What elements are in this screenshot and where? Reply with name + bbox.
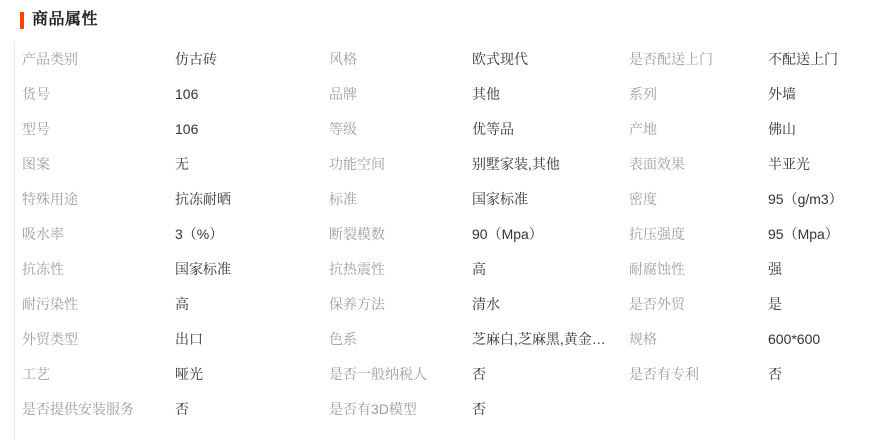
attribute-value: 高 [175, 294, 322, 314]
attribute-value: 清水 [472, 294, 622, 314]
attribute-label: 规格 [622, 329, 768, 349]
attribute-value: 芝麻白,芝麻黑,黄金麻... [472, 329, 622, 349]
attribute-value: 国家标准 [175, 259, 322, 279]
attribute-value: 高 [472, 259, 622, 279]
attribute-value: 佛山 [768, 119, 895, 139]
attribute-value: 欧式现代 [472, 49, 622, 69]
section-title: 商品属性 [32, 11, 98, 29]
attribute-label: 耐污染性 [15, 294, 175, 314]
title-accent-bar-icon [20, 12, 24, 29]
attribute-label: 保养方法 [322, 294, 472, 314]
attribute-value: 95（Mpa） [768, 224, 895, 244]
attribute-value: 出口 [175, 329, 322, 349]
attribute-label: 特殊用途 [15, 189, 175, 209]
attribute-label: 标准 [322, 189, 472, 209]
attribute-label: 产地 [622, 119, 768, 139]
attribute-value: 其他 [472, 84, 622, 104]
attribute-value: 抗冻耐晒 [175, 189, 322, 209]
attribute-value: 优等品 [472, 119, 622, 139]
attribute-value: 106 [175, 86, 322, 102]
attribute-label: 图案 [15, 154, 175, 174]
attributes-grid: 产品类别仿古砖风格欧式现代是否配送上门不配送上门货号106品牌其他系列外墙型号1… [15, 41, 895, 426]
attribute-label: 品牌 [322, 84, 472, 104]
attribute-label: 是否一般纳税人 [322, 364, 472, 384]
attribute-label: 工艺 [15, 364, 175, 384]
attribute-label: 是否外贸 [622, 294, 768, 314]
attribute-value: 半亚光 [768, 154, 895, 174]
attribute-value: 95（g/m3） [768, 189, 895, 209]
attribute-value: 否 [768, 364, 895, 384]
attribute-value: 强 [768, 259, 895, 279]
attribute-value: 是 [768, 294, 895, 314]
attribute-value: 否 [175, 399, 322, 419]
attribute-label: 表面效果 [622, 154, 768, 174]
attribute-value: 3（%） [175, 224, 322, 244]
attribute-label: 货号 [15, 84, 175, 104]
attribute-label: 风格 [322, 49, 472, 69]
attribute-value: 别墅家装,其他 [472, 154, 622, 174]
attribute-label: 系列 [622, 84, 768, 104]
attribute-label: 吸水率 [15, 224, 175, 244]
attribute-value: 国家标准 [472, 189, 622, 209]
attributes-panel-border: 产品类别仿古砖风格欧式现代是否配送上门不配送上门货号106品牌其他系列外墙型号1… [14, 41, 895, 440]
attribute-value: 600*600 [768, 331, 895, 347]
attribute-value: 否 [472, 399, 622, 419]
attribute-label: 抗热震性 [322, 259, 472, 279]
attribute-value: 外墙 [768, 84, 895, 104]
attribute-value: 无 [175, 154, 322, 174]
attribute-label: 产品类别 [15, 49, 175, 69]
product-attributes-panel: 商品属性 产品类别仿古砖风格欧式现代是否配送上门不配送上门货号106品牌其他系列… [0, 0, 895, 440]
attribute-label: 耐腐蚀性 [622, 259, 768, 279]
attribute-value: 仿古砖 [175, 49, 322, 69]
attribute-label: 色系 [322, 329, 472, 349]
attribute-label: 是否有3D模型 [322, 399, 472, 419]
attribute-label: 等级 [322, 119, 472, 139]
attribute-value: 90（Mpa） [472, 224, 622, 244]
attribute-value: 哑光 [175, 364, 322, 384]
attribute-value: 106 [175, 121, 322, 137]
attribute-value: 不配送上门 [768, 49, 895, 69]
attribute-label: 是否提供安装服务 [15, 399, 175, 419]
section-header: 商品属性 [0, 0, 895, 30]
attribute-label: 外贸类型 [15, 329, 175, 349]
attribute-label: 是否配送上门 [622, 49, 768, 69]
attribute-label: 是否有专利 [622, 364, 768, 384]
attribute-label: 抗压强度 [622, 224, 768, 244]
attribute-value: 否 [472, 364, 622, 384]
attribute-label: 抗冻性 [15, 259, 175, 279]
attribute-label: 型号 [15, 119, 175, 139]
attribute-label: 断裂模数 [322, 224, 472, 244]
attribute-label: 功能空间 [322, 154, 472, 174]
attribute-label: 密度 [622, 189, 768, 209]
